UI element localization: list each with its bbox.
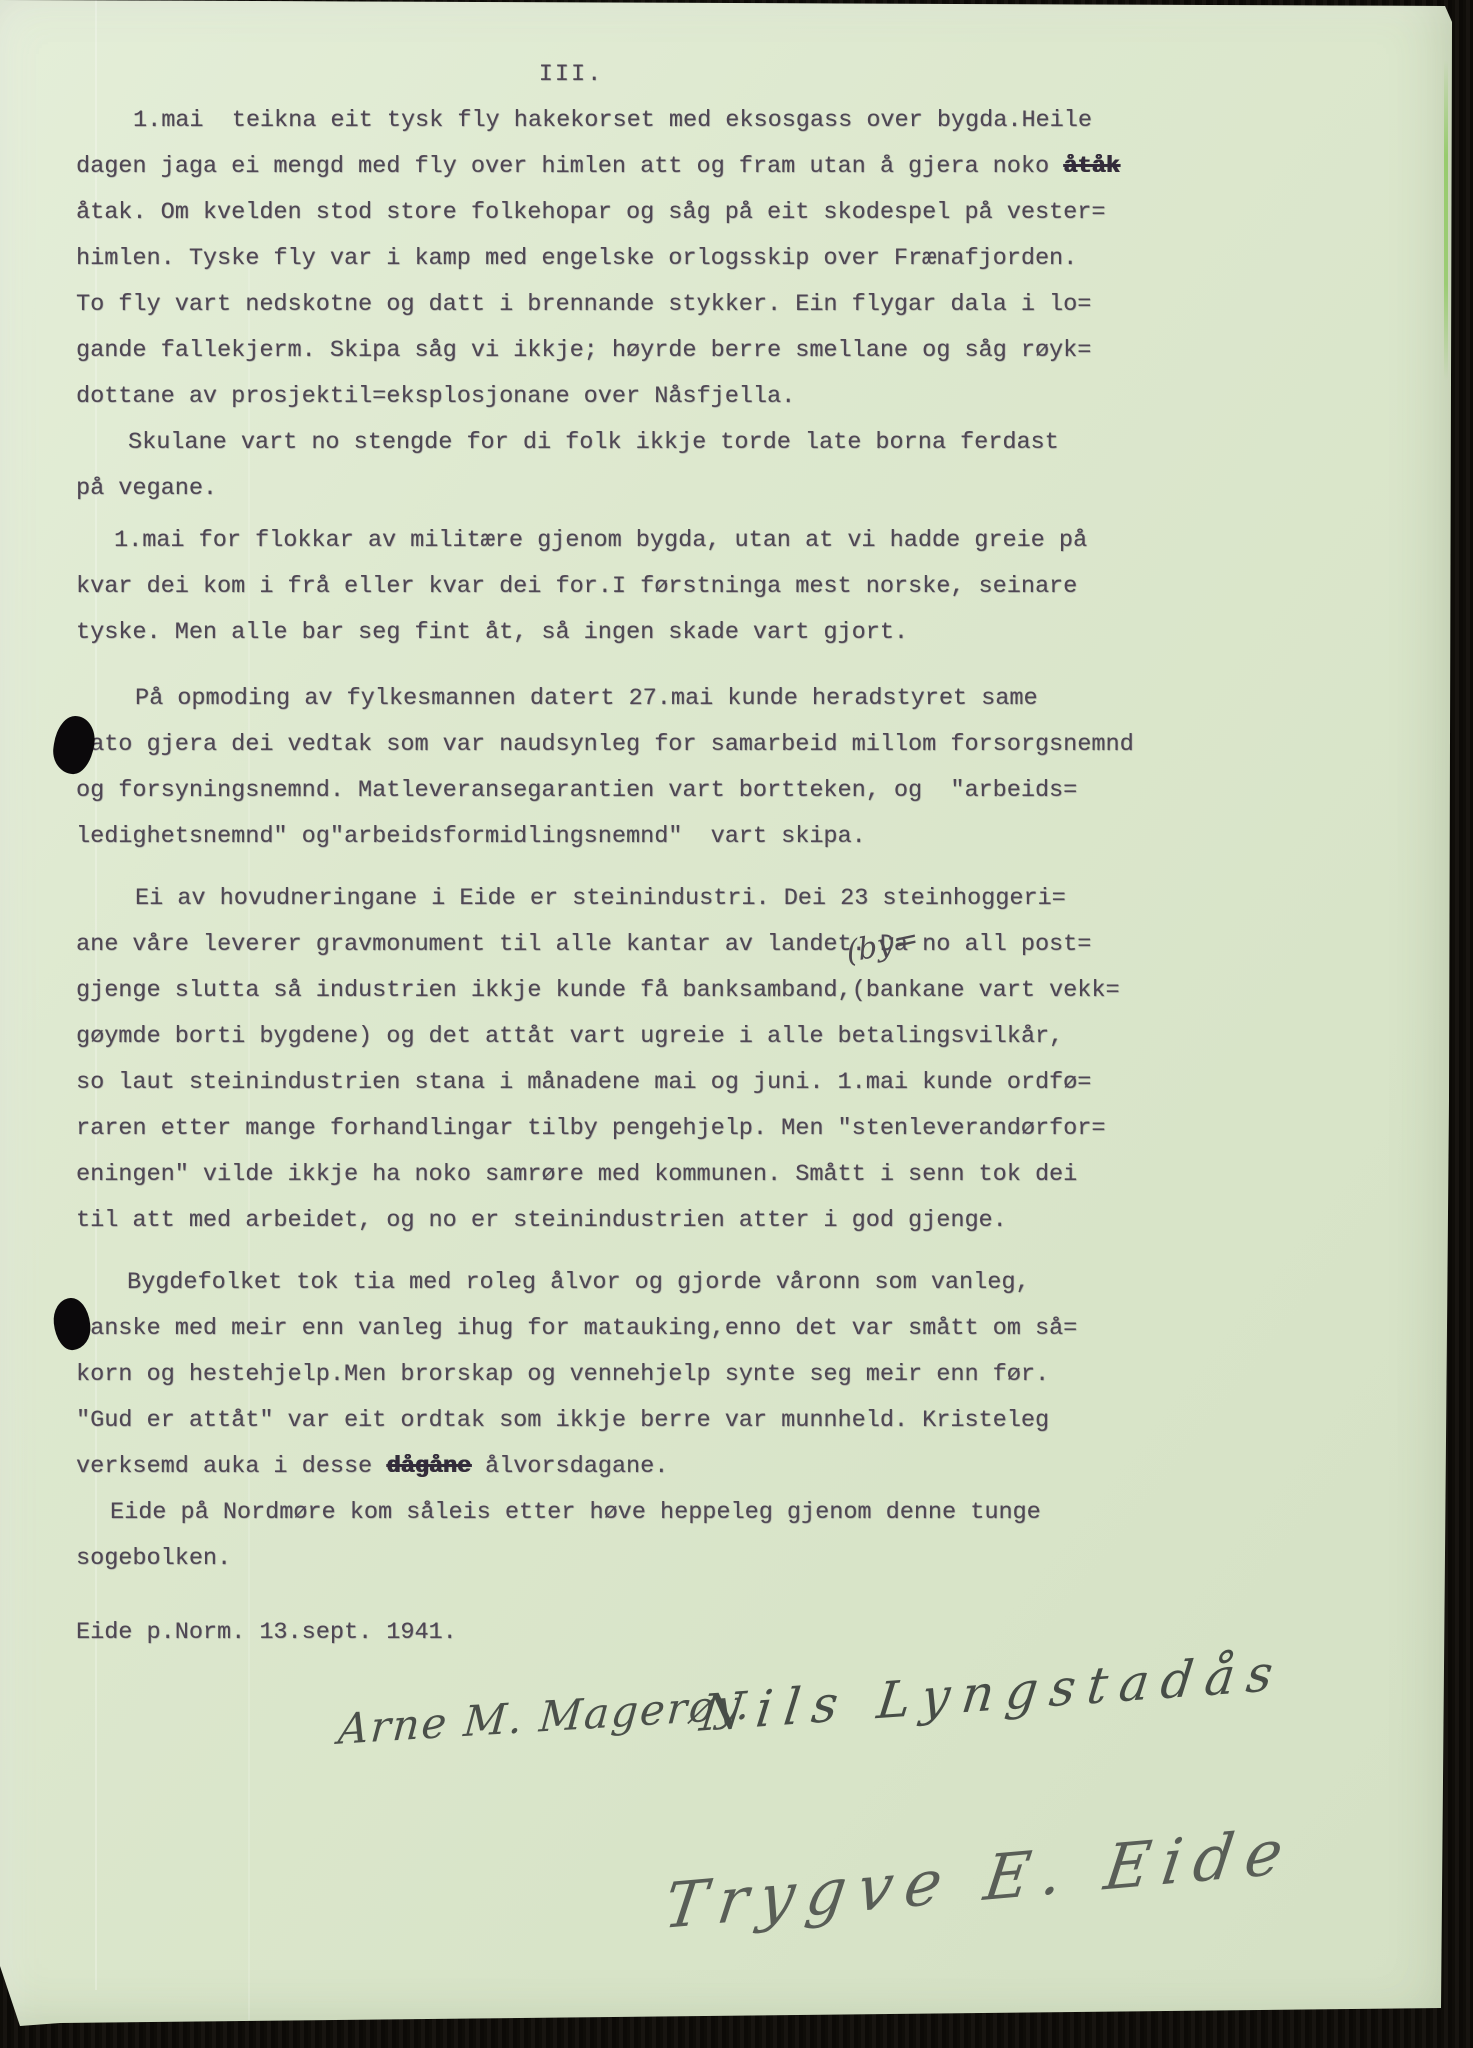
text-line: "Gud er attåt" var eit ordtak som ikkje …: [76, 1398, 1156, 1444]
scan-edge-artifact: [1444, 60, 1448, 380]
section-heading: III.: [31, 52, 1111, 98]
typewritten-text-column: III. 1.mai teikna eit tysk fly hakekorse…: [76, 52, 1156, 1656]
paragraph-closing: Eide på Nordmøre kom såleis etter høve h…: [76, 1490, 1156, 1582]
paragraph-village-folk: Bygdefolket tok tia med roleg ålvor og g…: [76, 1260, 1156, 1490]
paper-sheet: III. 1.mai teikna eit tysk fly hakekorse…: [0, 0, 1473, 2048]
paragraph-schools: Skulane vart no stengde for di folk ikkj…: [76, 420, 1156, 512]
text-line: ledighetsnemnd" og"arbeidsformidlingsnem…: [76, 814, 1156, 860]
text-line: sogebolken.: [76, 1536, 1156, 1582]
text-line: gjenge slutta så industrien ikkje kunde …: [76, 968, 1156, 1014]
text-line: På opmoding av fylkesmannen datert 27.ma…: [76, 676, 1156, 722]
text-line: Bygdefolket tok tia med roleg ålvor og g…: [76, 1260, 1156, 1306]
text-line: gande fallekjerm. Skipa såg vi ikkje; hø…: [76, 328, 1156, 374]
text-line: gøymde borti bygdene) og det attåt vart …: [76, 1014, 1156, 1060]
signature-trygve-eide: Trygve E. Eide: [660, 1814, 1299, 1943]
signature-nils-lyngstadas: Nils Lyngstadås: [697, 1643, 1288, 1742]
text-line: kanske med meir enn vanleg ihug for mata…: [76, 1306, 1156, 1352]
text-line: Skulane vart no stengde for di folk ikkj…: [76, 420, 1156, 466]
text-line: 1.mai teikna eit tysk fly hakekorset med…: [76, 98, 1156, 144]
text-line: himlen. Tyske fly var i kamp med engelsk…: [76, 236, 1156, 282]
date-place-line: Eide p.Norm. 13.sept. 1941.: [76, 1610, 1156, 1656]
text-line: ane våre leverer gravmonument til alle k…: [76, 922, 1156, 968]
signature-arne-mageroy: Arne M. Magerøy.: [336, 1679, 753, 1754]
text-line: dato gjera dei vedtak som var naudsynleg…: [76, 722, 1156, 768]
crossed-out-word: åtåk: [1063, 153, 1119, 180]
text-line: dottane av prosjektil=eksplosjonane over…: [76, 374, 1156, 420]
paragraph-air-raid: 1.mai teikna eit tysk fly hakekorset med…: [76, 98, 1156, 420]
crossed-out-word: dågåne: [386, 1453, 471, 1480]
text-line: raren etter mange forhandlingar tilby pe…: [76, 1106, 1156, 1152]
text-line: tyske. Men alle bar seg fint åt, så inge…: [76, 610, 1156, 656]
text-line: dagen jaga ei mengd med fly over himlen …: [76, 144, 1156, 190]
text-line: To fly vart nedskotne og datt i brennand…: [76, 282, 1156, 328]
text-line: Eide på Nordmøre kom såleis etter høve h…: [76, 1490, 1156, 1536]
text-line: kvar dei kom i frå eller kvar dei for.I …: [76, 564, 1156, 610]
text-line: eningen" vilde ikkje ha noko samrøre med…: [76, 1152, 1156, 1198]
text-line: verksemd auka i desse dågåne ålvorsdagan…: [76, 1444, 1156, 1490]
text-line: og forsyningsnemnd. Matleveransegarantie…: [76, 768, 1156, 814]
text-line: Ei av hovudneringane i Eide er steinindu…: [76, 876, 1156, 922]
text-line: åtak. Om kvelden stod store folkehopar o…: [76, 190, 1156, 236]
paragraph-stone-industry: Ei av hovudneringane i Eide er steinindu…: [76, 876, 1156, 1244]
scanned-document-photo: III. 1.mai teikna eit tysk fly hakekorse…: [0, 0, 1473, 2048]
text-line: på vegane.: [76, 466, 1156, 512]
text-line: so laut steinindustrien stana i månadene…: [76, 1060, 1156, 1106]
text-line: til att med arbeidet, og no er steinindu…: [76, 1198, 1156, 1244]
paragraph-military: 1.mai for flokkar av militære gjenom byg…: [76, 518, 1156, 656]
text-line: korn og hestehjelp.Men brorskap og venne…: [76, 1352, 1156, 1398]
text-line: 1.mai for flokkar av militære gjenom byg…: [76, 518, 1156, 564]
paragraph-county-request: På opmoding av fylkesmannen datert 27.ma…: [76, 676, 1156, 860]
